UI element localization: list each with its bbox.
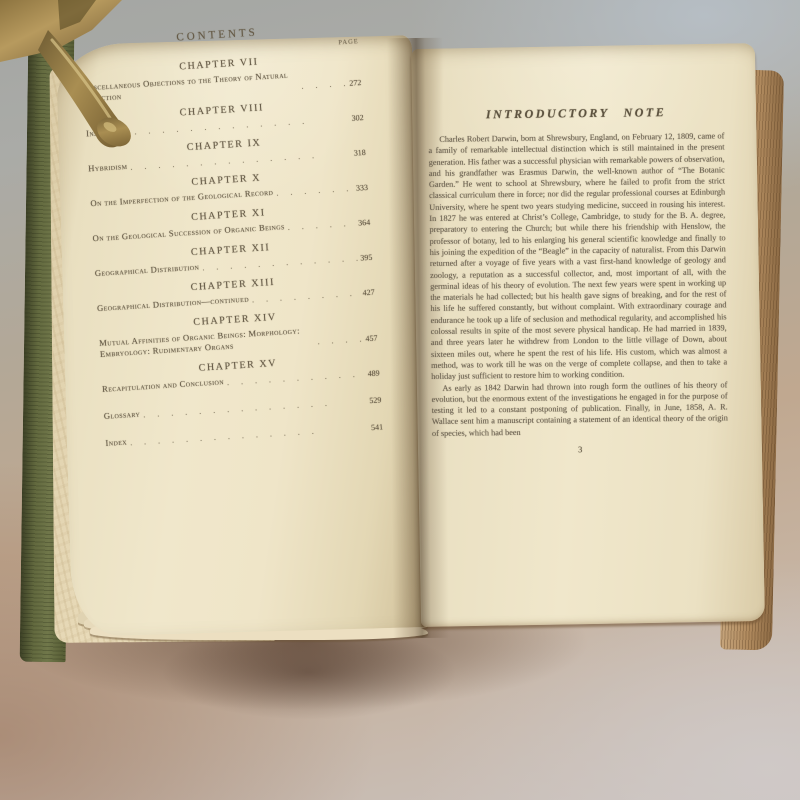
toc-entry: CHAPTER XV Recapitulation and Conclusion… — [95, 351, 382, 395]
toc-page-number: 333 — [356, 183, 369, 193]
toc-page-number: 541 — [371, 422, 384, 432]
toc-entry: Glossary . . . . . . . . . . . . . . 529 — [97, 393, 383, 422]
book-cast-shadow-dark — [120, 620, 540, 770]
toc-dot-leader: . . . . . . . . . . . . . . — [143, 396, 367, 419]
toc-dot-leader: . . . . . . . . . . . . . . — [287, 219, 355, 232]
note-paragraph: Charles Robert Darwin, born at Shrewsbur… — [428, 130, 727, 382]
toc-entry-row: Glossary . . . . . . . . . . . . . . 529 — [103, 393, 381, 421]
introductory-note: INTRODUCTORY NOTE Charles Robert Darwin,… — [428, 104, 728, 456]
toc-page-number: 529 — [369, 395, 382, 405]
toc-entry-title: Recapitulation and Conclusion — [102, 376, 224, 395]
toc-page-number: 427 — [362, 288, 375, 298]
toc-page-number: 272 — [349, 78, 362, 88]
toc-entry-title: Glossary — [103, 409, 140, 422]
brass-figurine — [0, 0, 175, 215]
photo-of-open-book: CONTENTS PAGE CHAPTER VII Miscellaneous … — [0, 0, 800, 800]
toc-dot-leader: . . . . . . . . . . . . . . — [276, 184, 353, 198]
toc-page-number: 302 — [351, 113, 364, 123]
toc-page-number: 457 — [365, 334, 378, 344]
toc-entry-title: Index — [105, 436, 127, 448]
note-paragraph: As early as 1842 Darwin had thrown into … — [431, 379, 728, 439]
toc-entry: CHAPTER XIV Mutual Affinities of Organic… — [92, 305, 380, 360]
toc-page-number: 395 — [360, 253, 373, 263]
toc-dot-leader: . . . . . . . . . . . . . . — [252, 289, 360, 305]
toc-page-number: 489 — [367, 368, 380, 378]
toc-dot-leader: . . . . . . . . . . . . . . — [227, 369, 365, 387]
toc-dot-leader: . . . . . . . . . . . . . . — [202, 254, 358, 273]
toc-entry-title: Geographical Distribution — [94, 262, 199, 280]
introductory-note-title: INTRODUCTORY NOTE — [428, 104, 724, 123]
toc-page-number: 318 — [354, 148, 367, 158]
toc-dot-leader: . . . . . . . . . . . . . . — [317, 334, 362, 346]
toc-dot-leader: . . . . . . . . . . . . . . — [301, 79, 346, 91]
toc-page-number: 364 — [358, 218, 371, 228]
